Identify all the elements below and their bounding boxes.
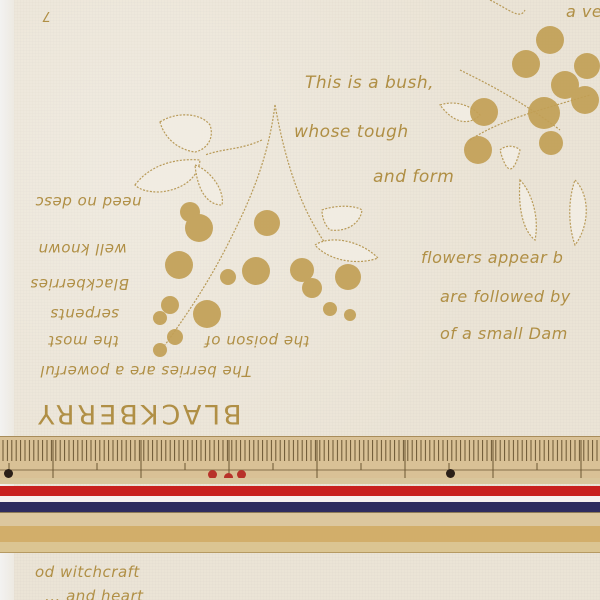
text-line-inverted: the most <box>48 332 119 350</box>
ribbon-navy-stripe <box>0 502 600 512</box>
text-line: This is a bush, <box>305 73 434 93</box>
corner-mark: 7 <box>42 8 51 23</box>
blackberry-title: BLACKBERRY <box>35 398 242 429</box>
ruler-layer <box>0 526 600 542</box>
text-line: of a small Dam <box>440 324 568 343</box>
black-dot-marker <box>4 469 13 478</box>
ruler-ticks <box>0 437 600 479</box>
text-line: whose tough <box>294 122 409 142</box>
text-line: flowers appear b <box>421 248 563 267</box>
text-line-inverted: need no desc <box>35 193 142 211</box>
text-line-inverted: serpents <box>50 305 119 323</box>
ruler-layer <box>0 512 600 527</box>
ribbon-red-stripe <box>0 486 600 496</box>
ruler-scale <box>0 436 600 479</box>
text-line: od witchcraft <box>35 563 140 581</box>
text-line-inverted: the poison of <box>205 332 309 350</box>
ruler-layer <box>0 542 600 553</box>
text-line: a ve <box>566 2 600 21</box>
text-line: and form <box>373 167 454 187</box>
text-line-inverted: The berries are a powerful <box>40 362 251 380</box>
text-line-inverted: well known <box>38 240 127 258</box>
measuring-ruler <box>0 436 600 554</box>
text-line: ... and heart <box>45 587 144 600</box>
ruler-band <box>0 478 600 484</box>
black-dot-marker <box>446 469 455 478</box>
text-line: are followed by <box>440 287 571 306</box>
text-line-inverted: Blackberries <box>30 275 129 293</box>
